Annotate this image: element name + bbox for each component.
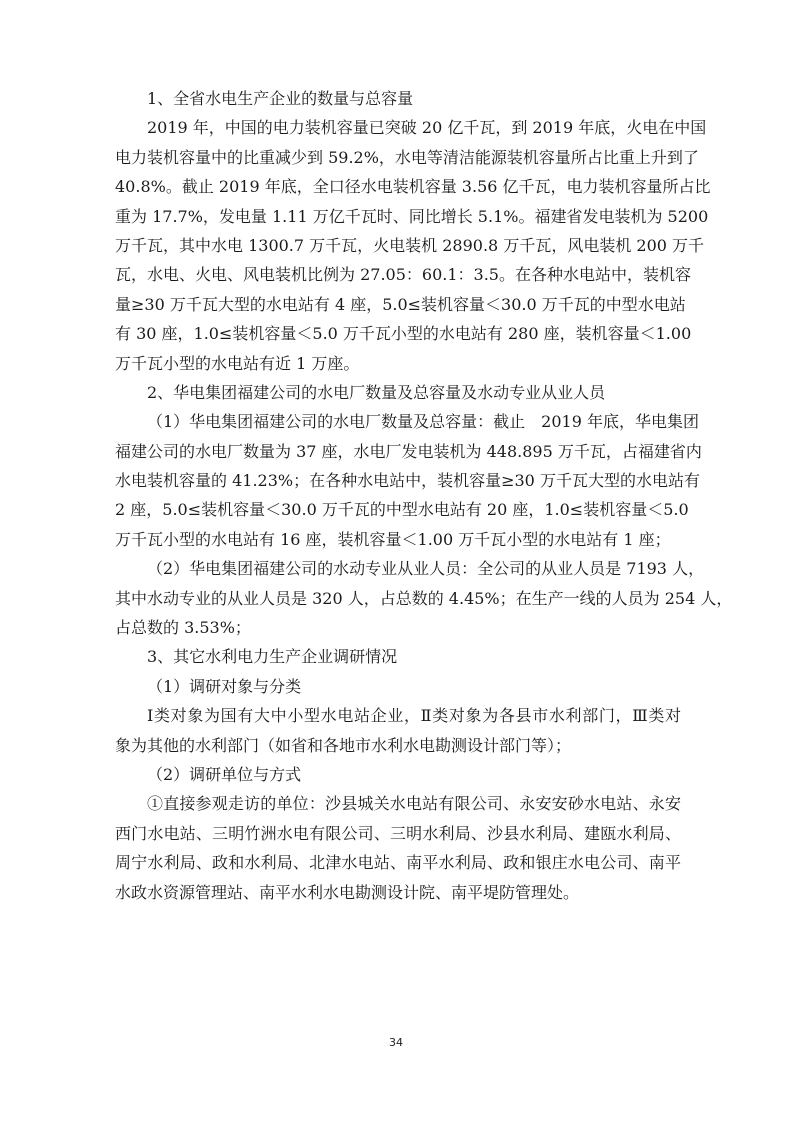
paragraph-line: 象为其他的水利部门（如省和各地市水利水电勘测设计部门等）； [115,731,681,760]
paragraph-line: 水电装机容量的 41.23%；在各种水电站中，装机容量≥30 万千瓦大型的水电站… [115,466,681,495]
paragraph-line: 有 30 座，1.0≤装机容量＜5.0 万千瓦小型的水电站有 280 座，装机容… [115,319,681,348]
paragraph-line: 瓦，水电、火电、风电装机比例为 27.05：60.1：3.5。在各种水电站中，装… [115,260,681,289]
paragraph-line: 40.8%。截止 2019 年底，全口径水电装机容量 3.56 亿千瓦，电力装机… [115,172,681,201]
paragraph-line: 福建公司的水电厂数量为 37 座，水电厂发电装机为 448.895 万千瓦，占福… [115,437,681,466]
section-heading: 2、华电集团福建公司的水电厂数量及总容量及水动专业从业人员 [115,378,681,407]
paragraph-line: 2019 年，中国的电力装机容量已突破 20 亿千瓦，到 2019 年底，火电在… [115,113,681,142]
paragraph-line: 万千瓦小型的水电站有 16 座，装机容量＜1.00 万千瓦小型的水电站有 1 座… [115,525,681,554]
paragraph-line: ①直接参观走访的单位：沙县城关水电站有限公司、永安安砂水电站、永安 [115,789,681,818]
paragraph-line: （2）华电集团福建公司的水动专业从业人员：全公司的从业人员是 7193 人， [115,554,681,583]
section-heading: 1、全省水电生产企业的数量与总容量 [115,84,681,113]
paragraph-line: 占总数的 3.53%； [115,613,681,642]
paragraph-line: 万千瓦，其中水电 1300.7 万千瓦，火电装机 2890.8 万千瓦，风电装机… [115,231,681,260]
paragraph-line: Ⅰ类对象为国有大中小型水电站企业，Ⅱ类对象为各县市水利部门，Ⅲ类对 [115,701,681,730]
paragraph-line: 西门水电站、三明竹洲水电有限公司、三明水利局、沙县水利局、建瓯水利局、 [115,819,681,848]
paragraph-line: 重为 17.7%，发电量 1.11 万亿千瓦时、同比增长 5.1%。福建省发电装… [115,202,681,231]
document-body: 1、全省水电生产企业的数量与总容量 2019 年，中国的电力装机容量已突破 20… [115,84,681,907]
document-page: 1、全省水电生产企业的数量与总容量 2019 年，中国的电力装机容量已突破 20… [0,0,792,1122]
paragraph-line: 万千瓦小型的水电站有近 1 万座。 [115,349,681,378]
section-heading: 3、其它水利电力生产企业调研情况 [115,642,681,671]
paragraph-line: 周宁水利局、政和水利局、北津水电站、南平水利局、政和银庄水电公司、南平 [115,848,681,877]
paragraph-line: 其中水动专业的从业人员是 320 人，占总数的 4.45%；在生产一线的人员为 … [115,584,681,613]
page-number: 34 [0,1036,792,1049]
paragraph-line: 量≥30 万千瓦大型的水电站有 4 座，5.0≤装机容量＜30.0 万千瓦的中型… [115,290,681,319]
paragraph-line: 2 座，5.0≤装机容量＜30.0 万千瓦的中型水电站有 20 座，1.0≤装机… [115,495,681,524]
paragraph-line: 电力装机容量中的比重减少到 59.2%，水电等清洁能源装机容量所占比重上升到了 [115,143,681,172]
subsection-heading: （1）调研对象与分类 [115,672,681,701]
subsection-heading: （2）调研单位与方式 [115,760,681,789]
paragraph-line: 水政水资源管理站、南平水利水电勘测设计院、南平堤防管理处。 [115,878,681,907]
paragraph-line: （1）华电集团福建公司的水电厂数量及总容量：截止 2019 年底，华电集团 [115,407,681,436]
